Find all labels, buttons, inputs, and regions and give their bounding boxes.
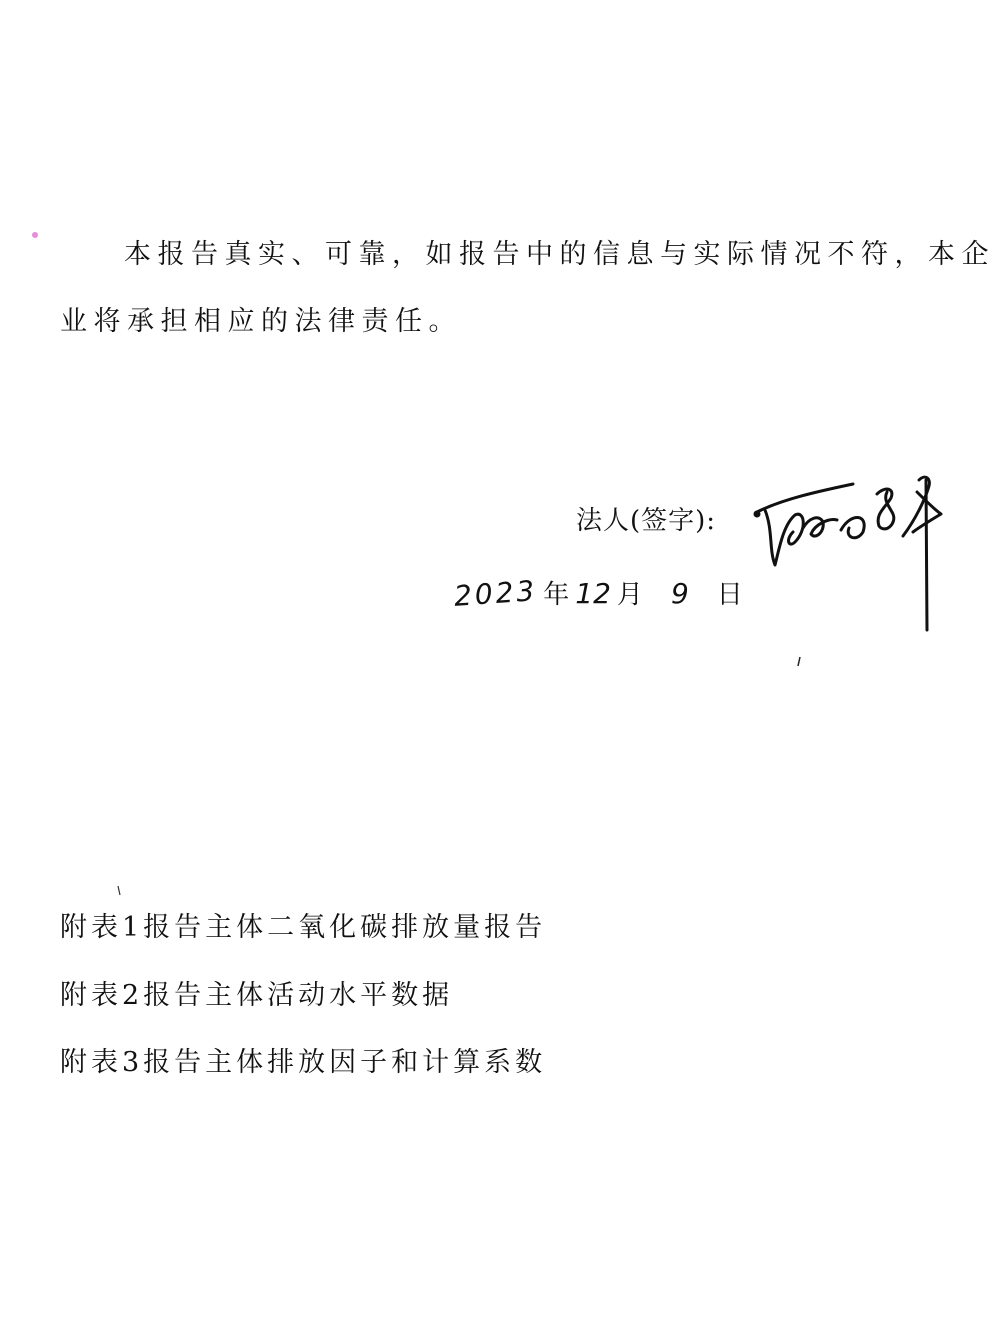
date-year-unit: 年 xyxy=(543,580,569,610)
stray-pink-mark xyxy=(30,230,40,240)
date-month-unit: 月 xyxy=(617,580,643,610)
stray-pen-mark xyxy=(795,655,803,669)
date-day: 9 xyxy=(671,577,689,610)
statement-line-2: 业将承担相应的法律责任。 xyxy=(60,308,462,335)
document-page: 本报告真实、可靠，如报告中的信息与实际情况不符，本企 业将承担相应的法律责任。 … xyxy=(0,0,1000,1324)
statement-line-1: 本报告真实、可靠，如报告中的信息与实际情况不符，本企 xyxy=(124,241,995,268)
attachment-3: 附表3报告主体排放因子和计算系数 xyxy=(60,1049,546,1076)
signature-date: 2023年12月9日 xyxy=(454,574,749,611)
date-year: 2023 xyxy=(453,574,538,613)
handwritten-signature xyxy=(745,470,965,640)
signature-label: 法人(签字): xyxy=(576,508,716,534)
attachment-2: 附表2报告主体活动水平数据 xyxy=(60,982,453,1009)
stray-pen-mark-2 xyxy=(115,884,123,898)
attachment-1: 附表1报告主体二氧化碳排放量报告 xyxy=(60,914,546,941)
date-month: 12 xyxy=(575,577,611,610)
date-day-unit: 日 xyxy=(717,580,743,610)
